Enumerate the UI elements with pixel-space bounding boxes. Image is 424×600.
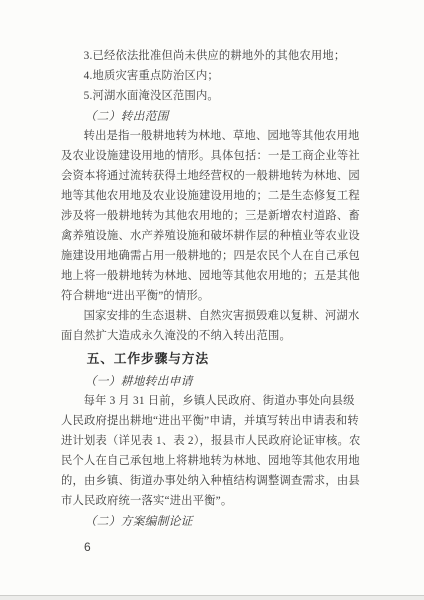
text-line: 5.河湖水面淹没区范围内。 <box>61 86 361 106</box>
text-line: 及农业设施建设用地的情形。具体包括：一是工商企业等社 <box>61 146 361 166</box>
text-line: 进计划表（详见表 1、表 2），报县市人民政府论证审核。农 <box>61 431 361 451</box>
document-page: 3.已经依法批准但尚未供应的耕地外的其他农用地；4.地质灾害重点防治区内；5.河… <box>0 0 424 600</box>
text-line: 符合耕地“进出平衡”的情形。 <box>61 286 361 306</box>
text-line: 地等其他农用地及农业设施建设用地的；二是生态修复工程 <box>61 186 361 206</box>
text-line: 4.地质灾害重点防治区内； <box>61 66 361 86</box>
text-line: 国家安排的生态退耕、自然灾害损毁难以复耕、河湖水 <box>61 306 361 326</box>
text-line: 涉及将一般耕地转为其他农用地的；三是新增农村道路、畜 <box>61 206 361 226</box>
scan-bottom-edge <box>0 595 424 600</box>
text-line: 转出是指一般耕地转为林地、草地、园地等其他农用地 <box>61 126 361 146</box>
text-line: 民个人在自己承包地上将耕地转为林地、园地等其他农用地 <box>61 451 361 471</box>
text-line: 人民政府提出耕地“进出平衡”申请，并填写转出申请表和转 <box>61 411 361 431</box>
text-line: 的，由乡镇、街道办事处纳入种植结构调整调查需求，由县 <box>61 471 361 491</box>
text-line: 五、工作步骤与方法 <box>61 349 361 369</box>
text-line: 会资本将通过流转获得土地经营权的一般耕地转为林地、园 <box>61 166 361 186</box>
document-body: 3.已经依法批准但尚未供应的耕地外的其他农用地；4.地质灾害重点防治区内；5.河… <box>61 46 361 531</box>
text-line: 面自然扩大造成永久淹没的不纳入转出范围。 <box>61 326 361 346</box>
text-line: 地上将一般耕地转为林地、园地等其他农用地的；五是其他 <box>61 266 361 286</box>
text-line: 3.已经依法批准但尚未供应的耕地外的其他农用地； <box>61 46 361 66</box>
text-line: （二）方案编制论证 <box>61 511 361 531</box>
text-line: 市人民政府统一落实“进出平衡”。 <box>61 491 361 511</box>
text-line: （一）耕地转出申请 <box>61 371 361 391</box>
text-line: 每年 3 月 31 日前，乡镇人民政府、街道办事处向县级 <box>61 391 361 411</box>
text-line: （二）转出范围 <box>61 106 361 126</box>
text-line: 禽养殖设施、水产养殖设施和破坏耕作层的种植业等农业设 <box>61 226 361 246</box>
text-line: 施建设用地确需占用一般耕地的；四是农民个人在自己承包 <box>61 246 361 266</box>
page-number: 6 <box>84 540 91 554</box>
